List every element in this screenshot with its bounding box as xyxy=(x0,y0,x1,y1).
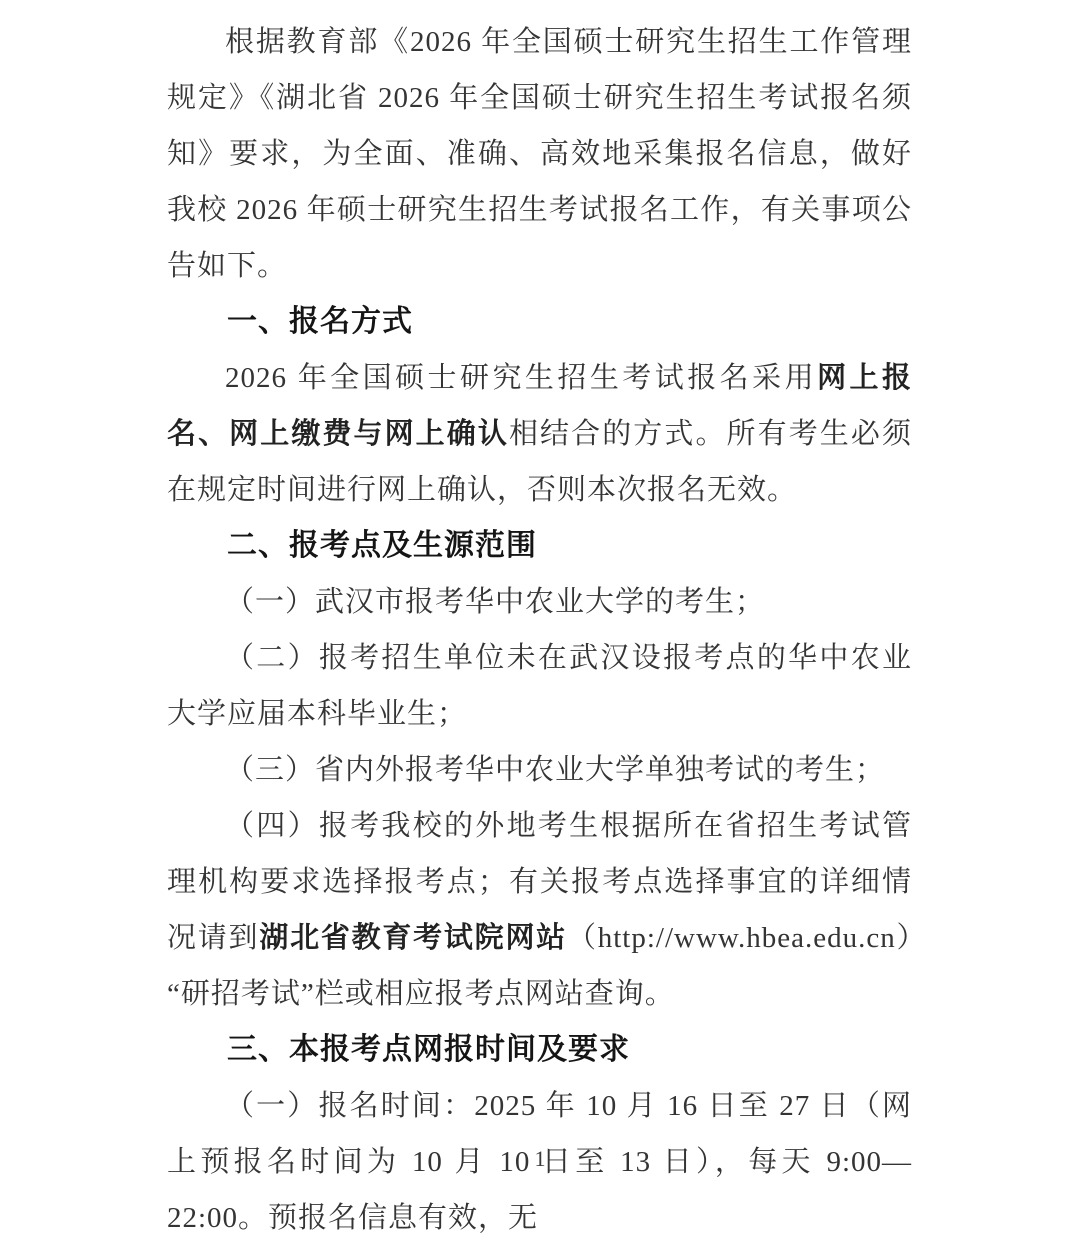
section3-heading: 三、本报考点网报时间及要求 xyxy=(167,1022,912,1078)
text-run: 2026 年全国硕士研究生招生考试报名采用 xyxy=(225,362,817,394)
page-number: 1 xyxy=(0,1144,1080,1174)
document-page: 根据教育部《2026 年全国硕士研究生招生工作管理规定》《湖北省 2026 年全… xyxy=(0,0,1080,1259)
intro-paragraph: 根据教育部《2026 年全国硕士研究生招生工作管理规定》《湖北省 2026 年全… xyxy=(167,14,912,294)
section2-item-2: （二）报考招生单位未在武汉设报考点的华中农业大学应届本科毕业生； xyxy=(167,630,912,742)
bold-text-run: 湖北省教育考试院网站 xyxy=(259,922,567,954)
section2-item-4: （四）报考我校的外地考生根据所在省招生考试管理机构要求选择报考点；有关报考点选择… xyxy=(167,798,912,1022)
section2-item-1: （一）武汉市报考华中农业大学的考生； xyxy=(167,574,912,630)
section2-heading: 二、报考点及生源范围 xyxy=(167,518,912,574)
section1-paragraph: 2026 年全国硕士研究生招生考试报名采用网上报名、网上缴费与网上确认相结合的方… xyxy=(167,350,912,518)
section2-item-3: （三）省内外报考华中农业大学单独考试的考生； xyxy=(167,742,912,798)
section1-heading: 一、报名方式 xyxy=(167,294,912,350)
